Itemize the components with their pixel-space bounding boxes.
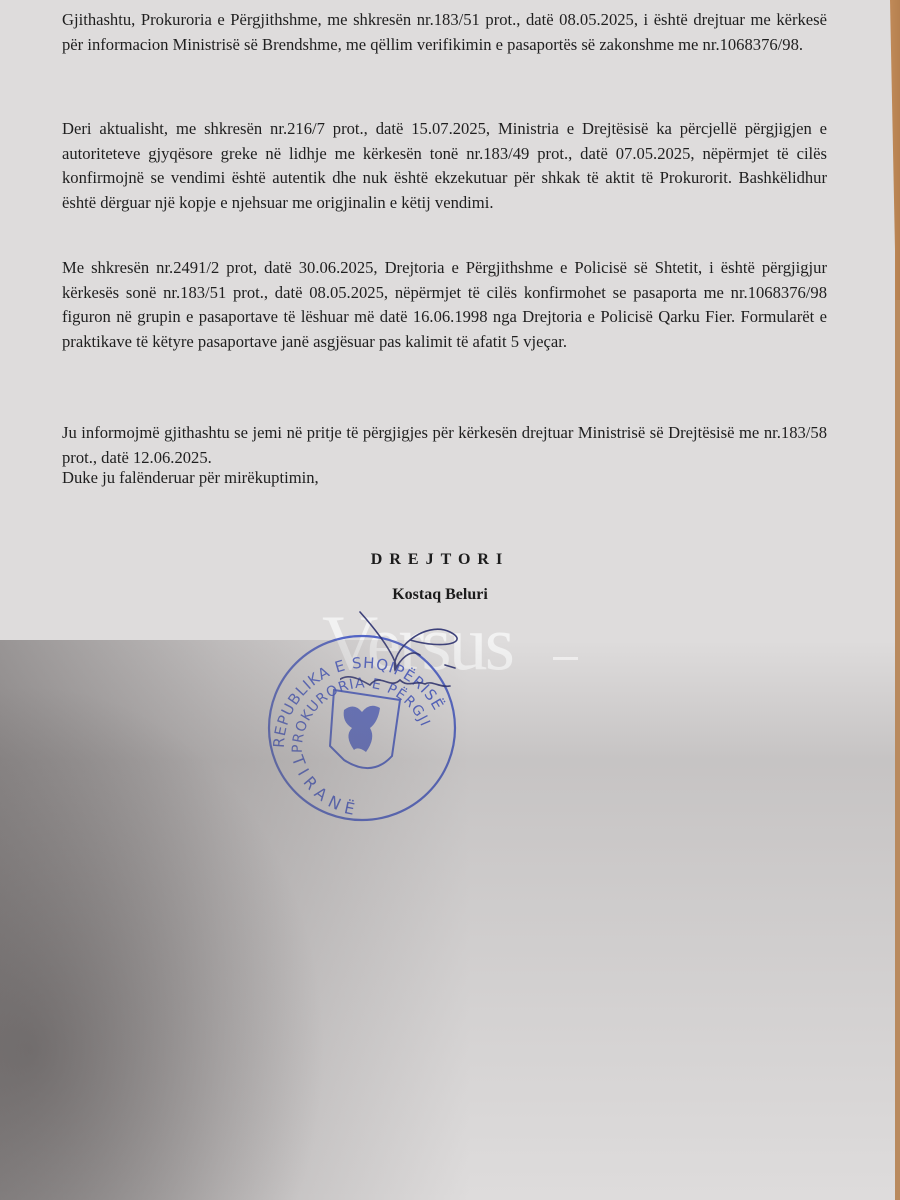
paragraph: Deri aktualisht, me shkresën nr.216/7 pr… — [62, 117, 827, 215]
document-page: Gjithashtu, Prokuroria e Përgjithshme, m… — [0, 0, 895, 1200]
paragraph: Ju informojmë gjithashtu se jemi në prit… — [62, 421, 827, 470]
stamp-city: TIRANË — [288, 752, 363, 820]
paragraph: Gjithashtu, Prokuroria e Përgjithshme, m… — [62, 8, 827, 57]
handwritten-signature — [340, 610, 510, 710]
signatory-title: DREJTORI — [300, 551, 580, 569]
svg-text:TIRANË: TIRANË — [288, 752, 363, 820]
watermark-underscore — [553, 657, 578, 660]
paragraph: Me shkresën nr.2491/2 prot, datë 30.06.2… — [62, 256, 827, 354]
closing-line: Duke ju falënderuar për mirëkuptimin, — [62, 466, 827, 491]
